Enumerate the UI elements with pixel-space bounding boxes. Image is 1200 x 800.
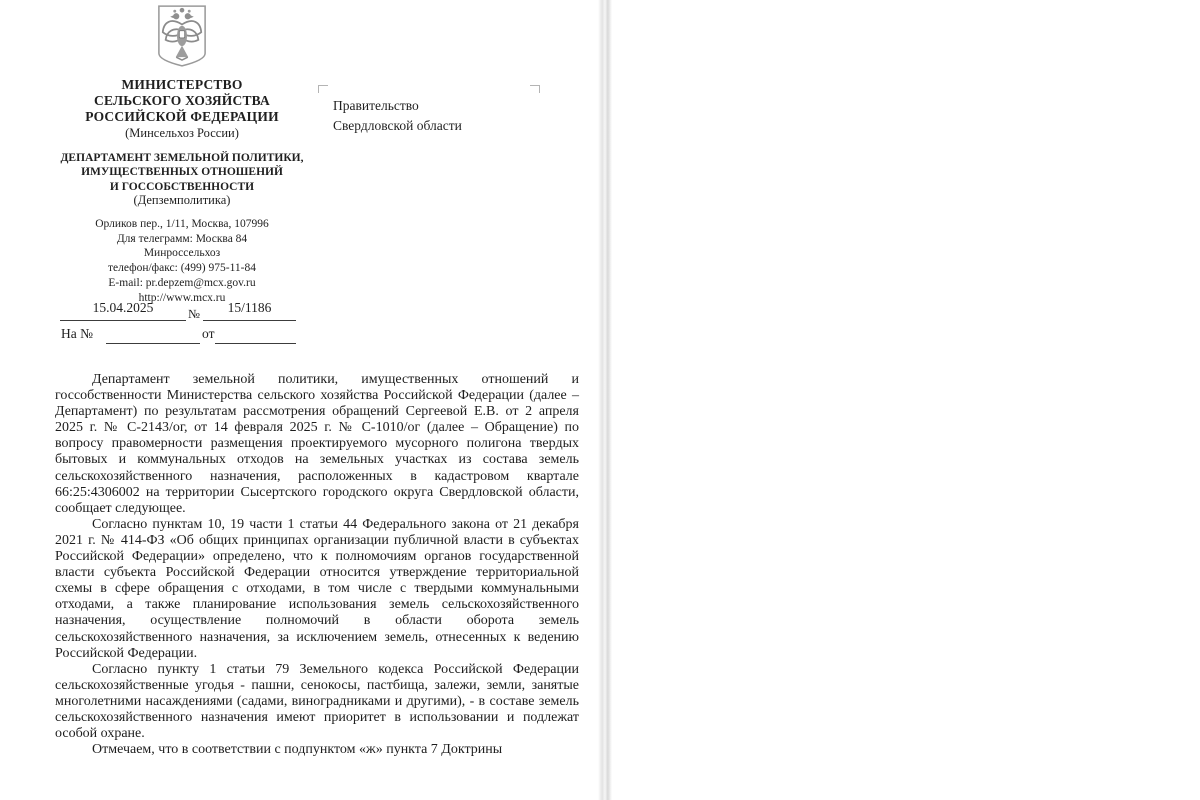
reply-date-blank [215, 326, 296, 344]
document-scan: { "icons": { "coat_of_arms": "russian-do… [0, 0, 1200, 800]
reference-number-block: 15.04.2025 № 15/1186 На № от [60, 300, 296, 348]
letter-date: 15.04.2025 [60, 300, 186, 321]
contact-line: Для телеграмм: Москва 84 [47, 232, 317, 247]
letter-page-1: МИНИСТЕРСТВО СЕЛЬСКОГО ХОЗЯЙСТВА РОССИЙС… [0, 0, 598, 800]
ministry-name: МИНИСТЕРСТВО СЕЛЬСКОГО ХОЗЯЙСТВА РОССИЙС… [57, 77, 307, 126]
contact-line: телефон/факс: (499) 975-11-84 [47, 261, 317, 276]
page1-body: Департамент земельной политики, имуществ… [55, 372, 579, 758]
paragraph: Департамент земельной политики, имуществ… [55, 372, 579, 517]
contact-address-block: Орликов пер., 1/11, Москва, 107996Для те… [47, 217, 317, 305]
ministry-short-name: (Минсельхоз России) [57, 126, 307, 141]
letter-page-2: 2 продовольственной безопасности Российс… [612, 0, 1200, 800]
reply-from-label: от [202, 326, 214, 342]
contact-line: Минроссельхоз [47, 246, 317, 261]
reply-to-label: На № [61, 326, 93, 342]
letterhead: МИНИСТЕРСТВО СЕЛЬСКОГО ХОЗЯЙСТВА РОССИЙС… [57, 4, 307, 304]
addressee-corner-mark-right [530, 85, 540, 93]
letter-number: 15/1186 [203, 300, 296, 321]
addressee-corner-mark-left [318, 85, 328, 93]
paragraph: Согласно пункту 1 статьи 79 Земельного к… [55, 662, 579, 742]
paragraph: Отмечаем, что в соответствии с подпункто… [55, 742, 579, 758]
page-divider [598, 0, 612, 800]
department-name: ДЕПАРТАМЕНТ ЗЕМЕЛЬНОЙ ПОЛИТИКИ, ИМУЩЕСТВ… [49, 151, 315, 194]
number-sign: № [188, 307, 200, 322]
coat-of-arms-icon [57, 4, 307, 68]
reply-number-blank [106, 326, 200, 344]
contact-line: Орликов пер., 1/11, Москва, 107996 [47, 217, 317, 232]
department-short-name: (Депземполитика) [57, 193, 307, 208]
contact-line: E-mail: pr.depzem@mcx.gov.ru [47, 276, 317, 291]
paragraph: Согласно пунктам 10, 19 части 1 статьи 4… [55, 517, 579, 662]
addressee: Правительство Свердловской области [333, 96, 533, 135]
